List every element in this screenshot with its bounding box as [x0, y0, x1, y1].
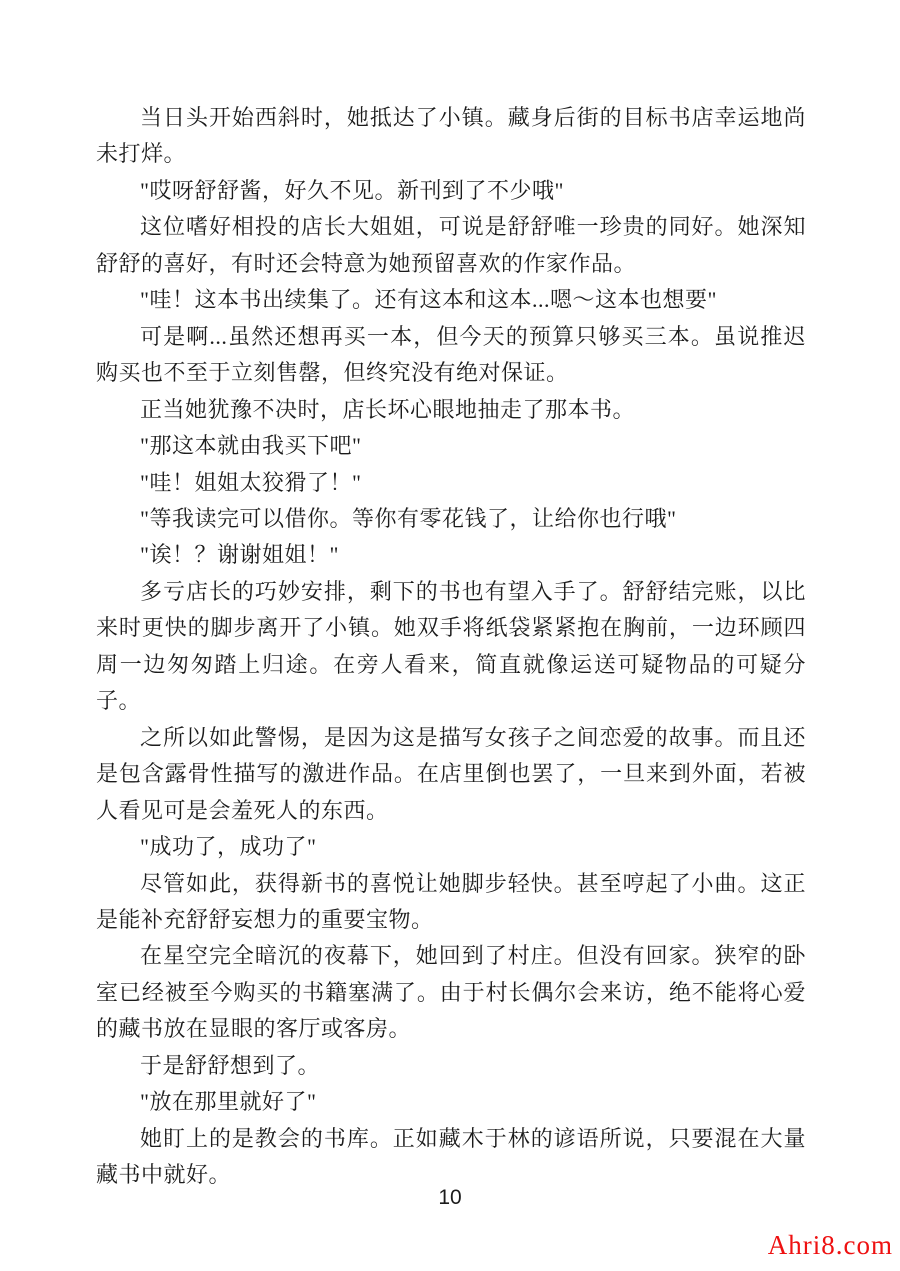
- paragraph: 尽管如此，获得新书的喜悦让她脚步轻快。甚至哼起了小曲。这正是能补充舒舒妄想力的重…: [96, 866, 806, 939]
- paragraph: 之所以如此警惕，是因为这是描写女孩子之间恋爱的故事。而且还是包含露骨性描写的激进…: [96, 720, 806, 829]
- paragraph-dialogue: "哎呀舒舒酱，好久不见。新刊到了不少哦": [96, 173, 806, 209]
- paragraph-dialogue: "放在那里就好了": [96, 1084, 806, 1120]
- paragraph: 这位嗜好相投的店长大姐姐，可说是舒舒唯一珍贵的同好。她深知舒舒的喜好，有时还会特…: [96, 209, 806, 282]
- document-page: 当日头开始西斜时，她抵达了小镇。藏身后街的目标书店幸运地尚未打烊。 "哎呀舒舒酱…: [0, 0, 900, 1271]
- paragraph: 于是舒舒想到了。: [96, 1048, 806, 1084]
- paragraph-dialogue: "哇！这本书出续集了。还有这本和这本...嗯～这本也想要": [96, 282, 806, 318]
- paragraph-dialogue: "那这本就由我买下吧": [96, 428, 806, 464]
- paragraph: 可是啊...虽然还想再买一本，但今天的预算只够买三本。虽说推迟购买也不至于立刻售…: [96, 319, 806, 392]
- paragraph: 她盯上的是教会的书库。正如藏木于林的谚语所说，只要混在大量藏书中就好。: [96, 1121, 806, 1194]
- watermark-text: Ahri8.com: [768, 1230, 893, 1261]
- page-content: 当日头开始西斜时，她抵达了小镇。藏身后街的目标书店幸运地尚未打烊。 "哎呀舒舒酱…: [96, 100, 806, 1194]
- paragraph: 正当她犹豫不决时，店长坏心眼地抽走了那本书。: [96, 392, 806, 428]
- page-number: 10: [0, 1186, 900, 1210]
- paragraph-dialogue: "诶！？谢谢姐姐！": [96, 537, 806, 573]
- paragraph: 在星空完全暗沉的夜幕下，她回到了村庄。但没有回家。狭窄的卧室已经被至今购买的书籍…: [96, 938, 806, 1047]
- paragraph: 当日头开始西斜时，她抵达了小镇。藏身后街的目标书店幸运地尚未打烊。: [96, 100, 806, 173]
- paragraph-dialogue: "等我读完可以借你。等你有零花钱了，让给你也行哦": [96, 501, 806, 537]
- paragraph-dialogue: "成功了，成功了": [96, 829, 806, 865]
- paragraph-dialogue: "哇！姐姐太狡猾了！": [96, 465, 806, 501]
- paragraph: 多亏店长的巧妙安排，剩下的书也有望入手了。舒舒结完账，以比来时更快的脚步离开了小…: [96, 574, 806, 720]
